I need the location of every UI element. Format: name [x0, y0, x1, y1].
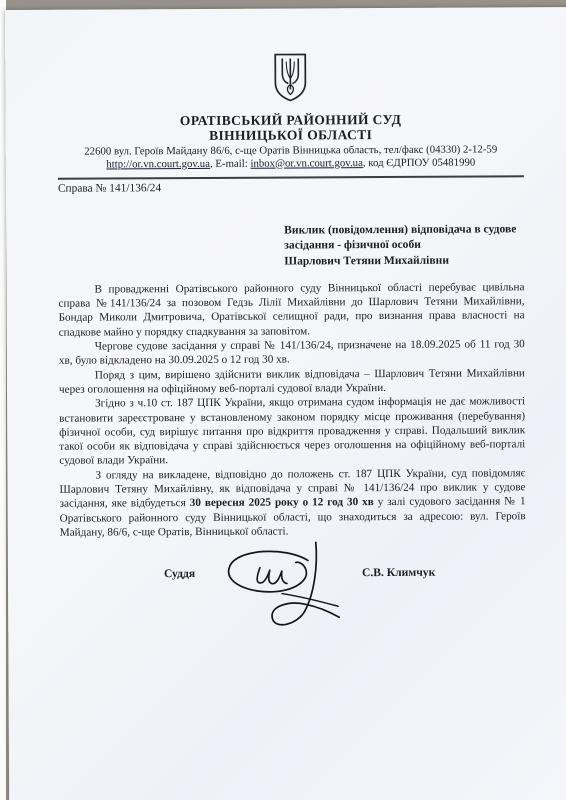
signature-block: Суддя С.В. Климчук [60, 554, 527, 676]
court-email-link[interactable]: inbox@or.vn.court.gov.ua [250, 157, 362, 170]
paragraph-summons-via-portal: Поряд з цим, вирішено здійснити виклик в… [59, 366, 525, 397]
contacts-separator: , E-mail: [210, 157, 251, 169]
document-title-line3: Шарлович Тетяни Михайлівни [284, 252, 524, 269]
document-title-line2: засідання - фізичної особи [284, 237, 524, 254]
document-content: ОРАТІВСЬКИЙ РАЙОННИЙ СУД ВІННИЦЬКОЇ ОБЛА… [5, 7, 566, 676]
paragraph-case-overview: В провадженні Оратівського районного суд… [58, 280, 524, 340]
document-body: В провадженні Оратівського районного суд… [58, 280, 525, 540]
court-letterhead: ОРАТІВСЬКИЙ РАЙОННИЙ СУД ВІННИЦЬКОЇ ОБЛА… [57, 51, 524, 170]
case-number-label: Справа № 141/136/24 [58, 180, 524, 194]
paragraph-summons-details: З огляду на викладене, відповідно до пол… [59, 466, 525, 540]
document-title-line1: Виклик (повідомлення) відповідача в судо… [284, 221, 524, 238]
judge-signature-icon [208, 538, 369, 654]
emblem-container [57, 51, 523, 108]
paragraph-hearing-postponed: Чергове судове засідання у справі № 141/… [59, 337, 525, 368]
judge-name: С.В. Климчук [362, 566, 435, 579]
edrpou-code: , код ЄДРПОУ 05481990 [363, 156, 475, 169]
hearing-datetime: 30 вересня 2025 року о 12 год 30 хв [190, 496, 374, 509]
document-title: Виклик (повідомлення) відповідача в судо… [284, 221, 524, 268]
court-website-link[interactable]: http://or.vn.court.gov.ua [106, 157, 210, 170]
paragraph-legal-basis: Згідно з ч.10 ст. 187 ЦПК України, якщо … [59, 395, 525, 469]
letterhead-divider [58, 175, 524, 179]
judge-role-label: Суддя [164, 567, 195, 580]
court-contacts-line: http://or.vn.court.gov.ua, E-mail: inbox… [58, 156, 524, 171]
court-name-line2: ВІННИЦЬКОЇ ОБЛАСТІ [58, 126, 524, 143]
ukraine-trident-coat-of-arms-icon [271, 52, 309, 107]
scanned-document-page: ОРАТІВСЬКИЙ РАЙОННИЙ СУД ВІННИЦЬКОЇ ОБЛА… [5, 7, 566, 800]
